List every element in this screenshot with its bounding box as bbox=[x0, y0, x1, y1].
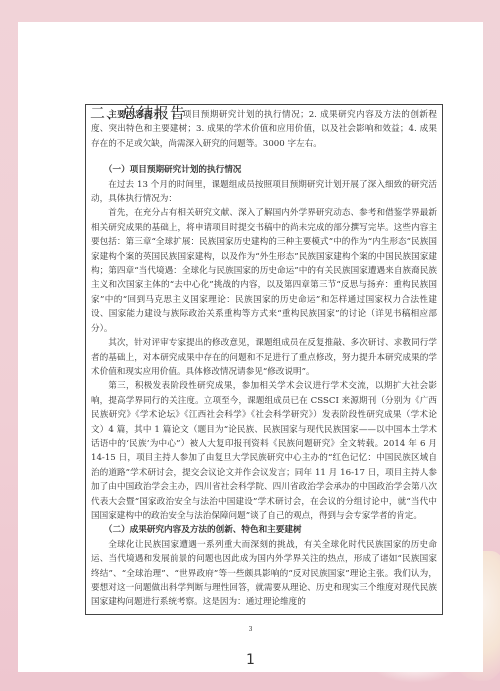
outer-page-number: 1 bbox=[18, 652, 483, 668]
paragraph: 在过去 13 个月的时间里，课题组成员按照项目预期研究计划开展了深入细致的研究活… bbox=[91, 178, 437, 207]
inner-page-number: 3 bbox=[18, 626, 483, 633]
paragraph: 其次，针对评审专家提出的修改意见，课题组成员在反复推敲、多次研讨、求教同行学者的… bbox=[91, 336, 437, 379]
content-hint: 主要内容提示：1. 项目预期研究计划的执行情况；2. 成果研究内容及方法的创新程… bbox=[91, 108, 437, 151]
document-page: 二、总结报告 主要内容提示：1. 项目预期研究计划的执行情况；2. 成果研究内容… bbox=[18, 22, 483, 672]
report-content-box: 主要内容提示：1. 项目预期研究计划的执行情况；2. 成果研究内容及方法的创新程… bbox=[85, 104, 443, 615]
section-heading-2: （二）成果研究内容及方法的创新、特色和主要建树 bbox=[91, 523, 437, 537]
paragraph: 第三，积极发表阶段性研究成果，参加相关学术会议进行学术交流，以期扩大社会影响，提… bbox=[91, 379, 437, 523]
hint-label: 主要内容提示： bbox=[108, 110, 171, 120]
paragraph: 首先，在充分占有相关研究文献、深入了解国内外学界研究动态、参考和借鉴学界最新相关… bbox=[91, 206, 437, 336]
paragraph: 全球化让民族国家遭遇一系列重大而深刻的挑战，有关全球化时代民族国家的历史命运、当… bbox=[91, 538, 437, 610]
section-heading-1: （一）项目预期研究计划的执行情况 bbox=[91, 163, 437, 177]
